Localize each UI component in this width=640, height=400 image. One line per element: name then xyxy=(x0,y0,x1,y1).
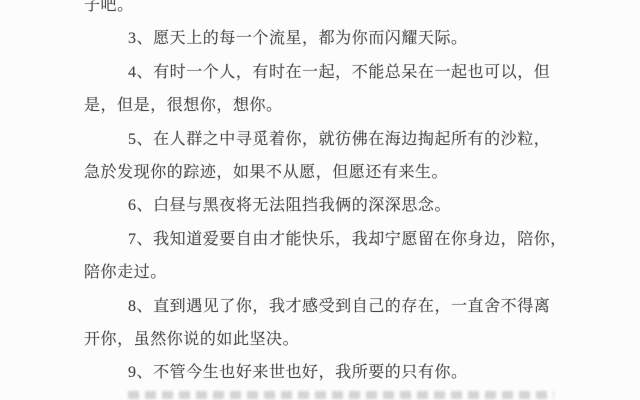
text-line: 3、愿天上的每一个流星，都为你而闪耀天际。 xyxy=(84,22,640,55)
text-line: 开你，虽然你说的如此坚决。 xyxy=(84,323,640,356)
text-line: 6、白昼与黑夜将无法阻挡我俩的深深思念。 xyxy=(84,189,640,222)
text-line: 4、有时一个人，有时在一起，不能总呆在一起也可以，但 xyxy=(84,56,640,89)
text-line: 陪你走过。 xyxy=(84,256,640,289)
text-block: 子吧。 3、愿天上的每一个流星，都为你而闪耀天际。 4、有时一个人，有时在一起，… xyxy=(84,0,640,390)
clipped-next-line xyxy=(128,391,554,399)
text-line: 9、不管今生也好来世也好，我所要的只有你。 xyxy=(84,356,640,389)
text-line: 8、直到遇见了你，我才感受到自己的存在，一直舍不得离 xyxy=(84,290,640,323)
text-line: 子吧。 xyxy=(84,0,640,22)
text-line: 急於发现你的踪迹，如果不从愿，但愿还有来生。 xyxy=(84,156,640,189)
text-line: 是，但是，很想你，想你。 xyxy=(84,89,640,122)
text-line: 7、我知道爱要自由才能快乐，我却宁愿留在你身边，陪你， xyxy=(84,223,640,256)
text-line: 5、在人群之中寻觅着你，就彷佛在海边掏起所有的沙粒， xyxy=(84,123,640,156)
document-page: 子吧。 3、愿天上的每一个流星，都为你而闪耀天际。 4、有时一个人，有时在一起，… xyxy=(0,0,640,400)
